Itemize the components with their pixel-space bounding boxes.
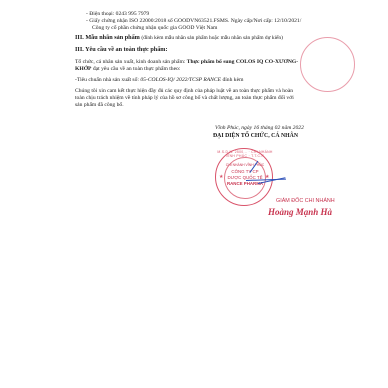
stamp-overlay-icon bbox=[300, 37, 355, 92]
director-title: GIÁM ĐỐC CHI NHÁNH bbox=[276, 198, 335, 204]
company-seal-icon: M.S.D.N: 2500... · CHI NHÁNH VĨNH PHÚC ·… bbox=[215, 148, 273, 206]
manufacturer-standard-line: -Tiêu chuẩn nhà sản xuất số: 05-COLOS-IQ… bbox=[75, 77, 243, 84]
document-page: - Điện thoại: 0243 995 7979 - Giấy chứng… bbox=[0, 0, 388, 388]
standard-code: 05-COLOS-IQ/ 2022/TCSP RANCE bbox=[140, 77, 221, 83]
director-name: Hoàng Mạnh Hà bbox=[268, 207, 332, 217]
food-safety-heading: III. Yêu cầu về an toàn thực phẩm: bbox=[75, 46, 168, 53]
food-safety-para-line-1: Tổ chức, cá nhân sản xuất, kinh doanh sả… bbox=[75, 59, 298, 66]
food-safety-para-line-2: KHỚP đạt yêu cầu về an toàn thực phẩm th… bbox=[75, 66, 180, 73]
iso-certificate-line: - Giấy chứng nhận ISO 22000:2018 số GOOD… bbox=[86, 18, 301, 25]
seal-ring-text: M.S.D.N: 2500... · CHI NHÁNH VĨNH PHÚC ·… bbox=[216, 150, 274, 158]
commitment-line-1: Chúng tôi xin cam kết thực hiện đầy đủ c… bbox=[75, 88, 293, 95]
para-suffix: đạt yêu cầu về an toàn thực phẩm theo: bbox=[91, 66, 180, 72]
seal-company-type: CÔNG TY CP bbox=[216, 169, 274, 174]
product-name-cont: KHỚP bbox=[75, 66, 91, 72]
place-date: Vĩnh Phúc, ngày 16 tháng 02 năm 2022 bbox=[215, 125, 304, 132]
label-sample-heading: III. Mẫu nhãn sản phẩm bbox=[75, 34, 140, 41]
para-prefix: Tổ chức, cá nhân sản xuất, kinh doanh sả… bbox=[75, 59, 187, 65]
product-name: Thực phẩm bổ sung COLOS IQ CO-XƯƠNG- bbox=[187, 59, 298, 65]
label-sample-note: (đính kèm mẫu nhãn sản phẩm hoặc mẫu nhã… bbox=[141, 35, 283, 41]
certifier-line: Công ty cổ phần chứng nhận quốc gia GOOD… bbox=[92, 25, 217, 32]
label-sample-section: III. Mẫu nhãn sản phẩm (đính kèm mẫu nhã… bbox=[75, 34, 283, 42]
commitment-line-3: sản phẩm đã công bố. bbox=[75, 102, 124, 109]
phone-line: - Điện thoại: 0243 995 7979 bbox=[86, 11, 149, 18]
standard-suffix: đính kèm bbox=[221, 77, 243, 83]
representative-title: ĐẠI DIỆN TỔ CHỨC, CÁ NHÂN bbox=[213, 133, 298, 140]
commitment-line-2: toàn chịu trách nhiệm về tính pháp lý củ… bbox=[75, 95, 294, 102]
seal-branch: CHI NHÁNH VĨNH PHÚC bbox=[216, 163, 274, 168]
standard-prefix: -Tiêu chuẩn nhà sản xuất số: bbox=[75, 77, 140, 83]
